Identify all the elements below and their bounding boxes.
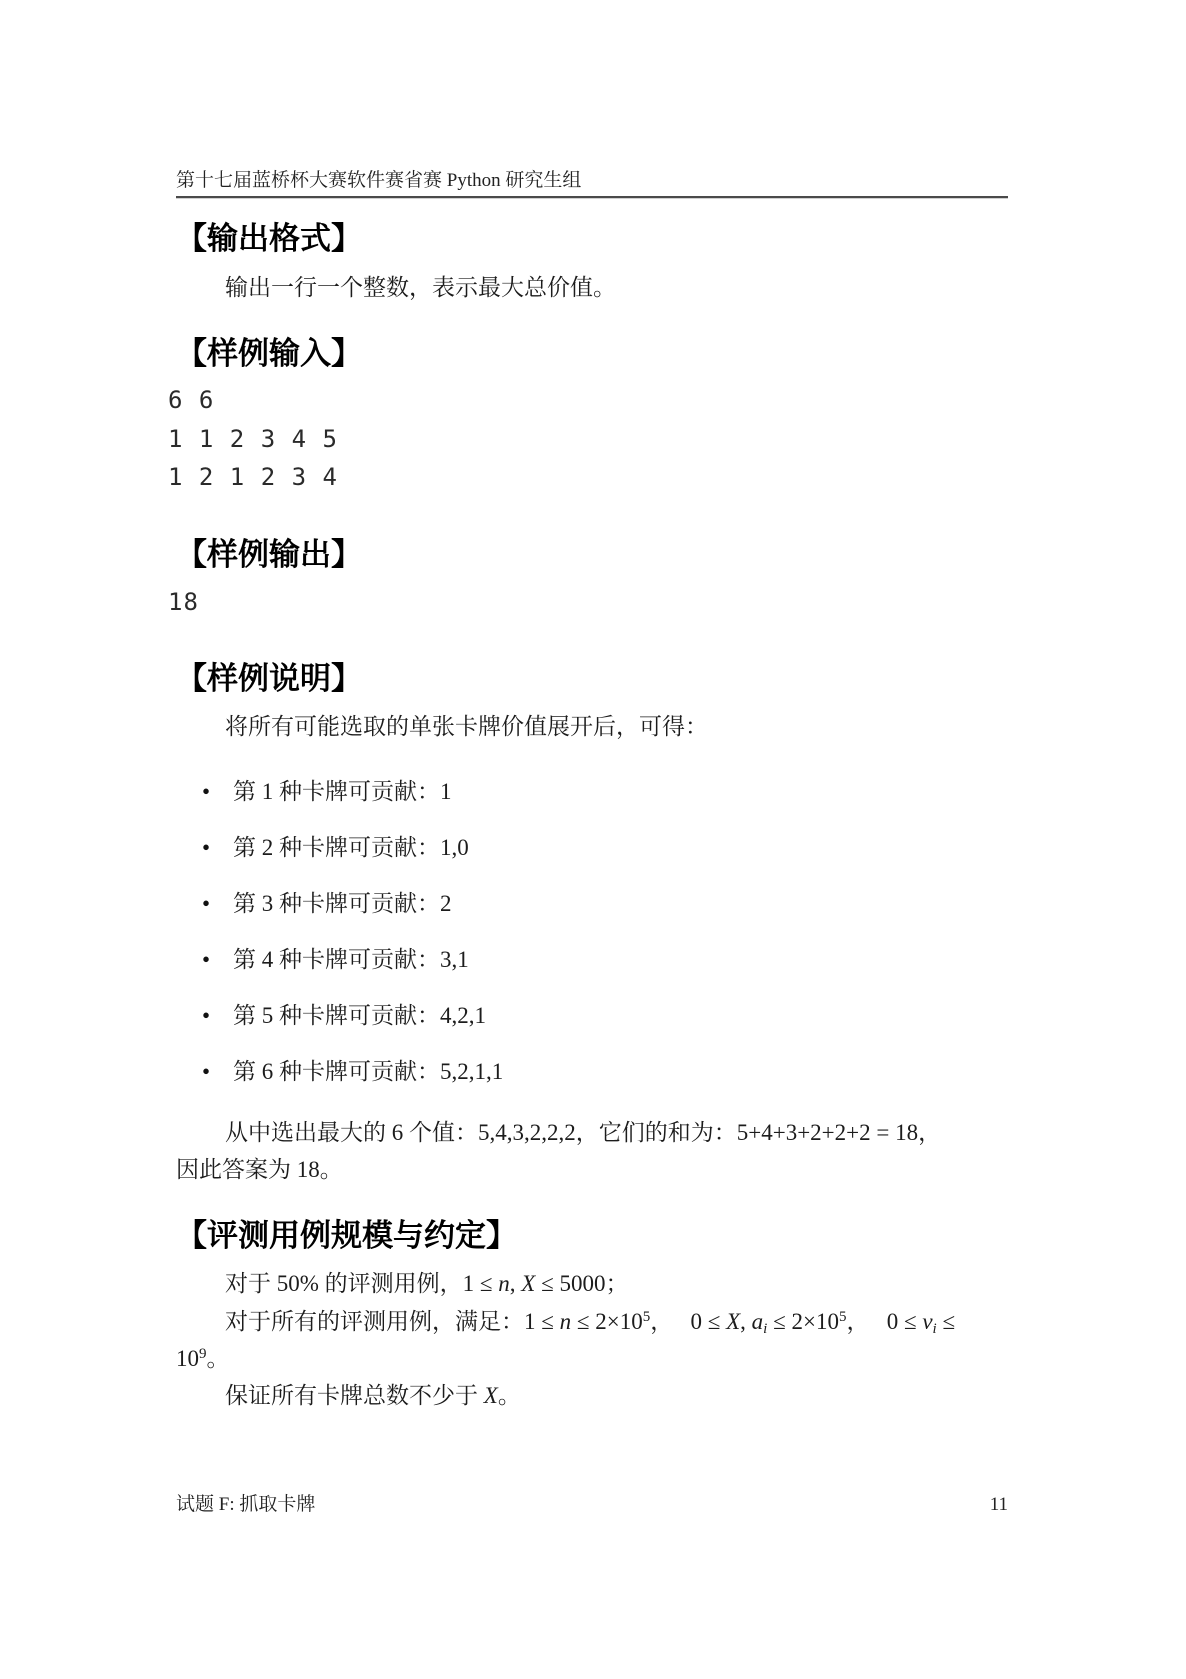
sample-input-block: 6 6 1 1 2 3 4 5 1 2 1 2 3 4 <box>168 385 1008 501</box>
sample-note-intro: 将所有可能选取的单张卡牌价值展开后，可得： <box>176 710 1008 744</box>
list-item: • 第 5 种卡牌可贡献：4,2,1 <box>176 999 1008 1033</box>
footer-page-number: 11 <box>990 1493 1008 1517</box>
list-item-text: 第 2 种卡牌可贡献：1,0 <box>233 831 469 865</box>
footer-problem-label: 试题 F: 抓取卡牌 <box>176 1493 315 1517</box>
list-item: • 第 1 种卡牌可贡献：1 <box>176 775 1008 809</box>
constraints-all-cases-line1: 对于所有的评测用例，满足：1 ≤ n ≤ 2×105， 0 ≤ X, ai ≤ … <box>176 1305 1008 1342</box>
page-header-title: 第十七届蓝桥杯大赛软件赛省赛 Python 研究生组 <box>176 169 1008 193</box>
output-format-paragraph: 输出一行一个整数，表示最大总价值。 <box>176 271 1008 305</box>
sample-output-line: 18 <box>168 587 1008 617</box>
bullet-icon: • <box>176 887 233 921</box>
bullet-icon: • <box>176 831 233 865</box>
list-item: • 第 6 种卡牌可贡献：5,2,1,1 <box>176 1055 1008 1089</box>
sample-input-line: 1 2 1 2 3 4 <box>168 462 1008 501</box>
constraints-all-cases-line2: 109。 <box>176 1342 1008 1379</box>
list-item-text: 第 6 种卡牌可贡献：5,2,1,1 <box>233 1055 503 1089</box>
sample-input-line: 1 1 2 3 4 5 <box>168 424 1008 463</box>
section-title-sample-output: 【样例输出】 <box>176 535 1008 575</box>
section-title-sample-input: 【样例输入】 <box>176 334 1008 374</box>
bullet-icon: • <box>176 775 233 809</box>
page-footer: 试题 F: 抓取卡牌 11 <box>176 1493 1008 1517</box>
document-page: 第十七届蓝桥杯大赛软件赛省赛 Python 研究生组 【输出格式】 输出一行一个… <box>0 0 1186 1679</box>
list-item-text: 第 4 种卡牌可贡献：3,1 <box>233 943 469 977</box>
bullet-icon: • <box>176 943 233 977</box>
constraints-50-percent: 对于 50% 的评测用例，1 ≤ n, X ≤ 5000； <box>176 1267 1008 1301</box>
section-title-output-format: 【输出格式】 <box>176 219 1008 259</box>
list-item-text: 第 3 种卡牌可贡献：2 <box>233 887 452 921</box>
bullet-icon: • <box>176 1055 233 1089</box>
sample-input-line: 6 6 <box>168 385 1008 424</box>
list-item: • 第 3 种卡牌可贡献：2 <box>176 887 1008 921</box>
section-title-sample-note: 【样例说明】 <box>176 659 1008 699</box>
list-item: • 第 4 种卡牌可贡献：3,1 <box>176 943 1008 977</box>
constraints-guarantee: 保证所有卡牌总数不少于 X。 <box>176 1379 1008 1413</box>
list-item: • 第 2 种卡牌可贡献：1,0 <box>176 831 1008 865</box>
sample-note-conclusion-line2: 因此答案为 18。 <box>176 1153 1008 1187</box>
sample-note-conclusion-line1: 从中选出最大的 6 个值：5,4,3,2,2,2，它们的和为：5+4+3+2+2… <box>176 1116 1008 1150</box>
card-contribution-list: • 第 1 种卡牌可贡献：1 • 第 2 种卡牌可贡献：1,0 • 第 3 种卡… <box>176 775 1008 1089</box>
list-item-text: 第 5 种卡牌可贡献：4,2,1 <box>233 999 486 1033</box>
section-title-constraints: 【评测用例规模与约定】 <box>176 1216 1008 1256</box>
bullet-icon: • <box>176 999 233 1033</box>
header-rule <box>176 196 1008 199</box>
list-item-text: 第 1 种卡牌可贡献：1 <box>233 775 452 809</box>
